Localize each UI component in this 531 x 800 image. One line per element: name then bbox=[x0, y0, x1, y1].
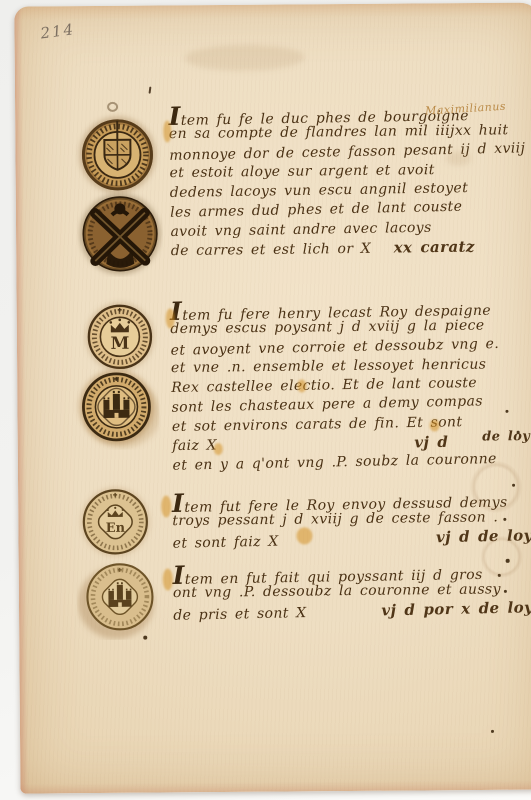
coin-castle-drawing bbox=[73, 364, 160, 451]
crown-pearl bbox=[114, 507, 116, 509]
line-text: faiz X bbox=[172, 437, 217, 457]
manuscript-line: et estoit aloye sur argent et avoit bbox=[169, 160, 529, 183]
orange-accent bbox=[296, 527, 312, 544]
photo-background: 214 bbox=[0, 0, 531, 800]
manuscript-page: 214 bbox=[14, 3, 531, 794]
coin-crowned-en: En bbox=[72, 479, 159, 566]
coin-castle-pale bbox=[77, 554, 164, 641]
fineness-value-note: vj d bbox=[414, 433, 448, 453]
entry-philippe-bourgogne: Item fu fe le duc phes de bourgoigne en … bbox=[168, 101, 531, 261]
entry-p-couronne: Item en fut fait qui poyssant iij d gros… bbox=[172, 560, 531, 624]
line-text: et sont faiz X bbox=[173, 532, 279, 554]
coin-quartered-shield bbox=[74, 112, 161, 199]
manuscript-line: de carres et est lich or X xx caratz bbox=[171, 237, 531, 260]
ink-speck bbox=[504, 590, 507, 593]
manuscript-line: et vne .n. ensemble et lessoyet henricus bbox=[171, 355, 531, 378]
ink-speck bbox=[143, 636, 147, 640]
line-text: de carres et est lich or X bbox=[171, 240, 372, 262]
orange-initial-accent bbox=[166, 308, 175, 328]
ink-speck bbox=[491, 730, 494, 733]
crown-pearl bbox=[122, 509, 124, 511]
ink-speck bbox=[517, 431, 520, 434]
coin-quartered-shield-drawing bbox=[74, 112, 161, 199]
entry-henry-castile: Item fu fere henry lecast Roy despaigne … bbox=[170, 296, 531, 476]
orange-initial-accent bbox=[161, 495, 171, 517]
coin-castle bbox=[73, 364, 160, 451]
crown-pearl bbox=[107, 509, 109, 511]
ink-ring-mark bbox=[107, 102, 118, 112]
orange-accent bbox=[430, 419, 440, 431]
ink-tick-mark bbox=[149, 87, 152, 94]
show-through-ring bbox=[470, 461, 522, 513]
orange-initial-accent bbox=[163, 568, 173, 590]
monogram-m: M bbox=[110, 334, 129, 354]
coin-saint-andrew-drawing bbox=[77, 191, 164, 278]
coin-saint-andrew-cross bbox=[77, 191, 164, 278]
crown-pearl bbox=[118, 319, 121, 322]
folio-number: 214 bbox=[39, 20, 76, 42]
line-text: de pris et sont X bbox=[173, 604, 307, 626]
orange-accent bbox=[214, 443, 223, 455]
ink-speck bbox=[503, 518, 506, 521]
crown-pearl bbox=[109, 321, 112, 324]
crown-pearl bbox=[127, 321, 130, 324]
coin-crowned-en-drawing: En bbox=[72, 479, 159, 566]
orange-accent bbox=[297, 379, 306, 392]
castle-door bbox=[118, 602, 122, 607]
orange-initial-accent bbox=[163, 120, 171, 142]
faint-smudge bbox=[185, 44, 305, 71]
ink-speck bbox=[505, 410, 508, 413]
monogram-en: En bbox=[106, 521, 126, 536]
show-through-ring bbox=[480, 536, 522, 578]
coin-castle-pale-drawing bbox=[77, 554, 164, 641]
carat-value-note: xx caratz bbox=[394, 238, 475, 258]
castle-door bbox=[114, 413, 118, 418]
de-loy-note: de loy bbox=[482, 427, 530, 447]
crown-band bbox=[111, 330, 129, 332]
fineness-value-note: vj d por x de loy bbox=[381, 598, 531, 620]
